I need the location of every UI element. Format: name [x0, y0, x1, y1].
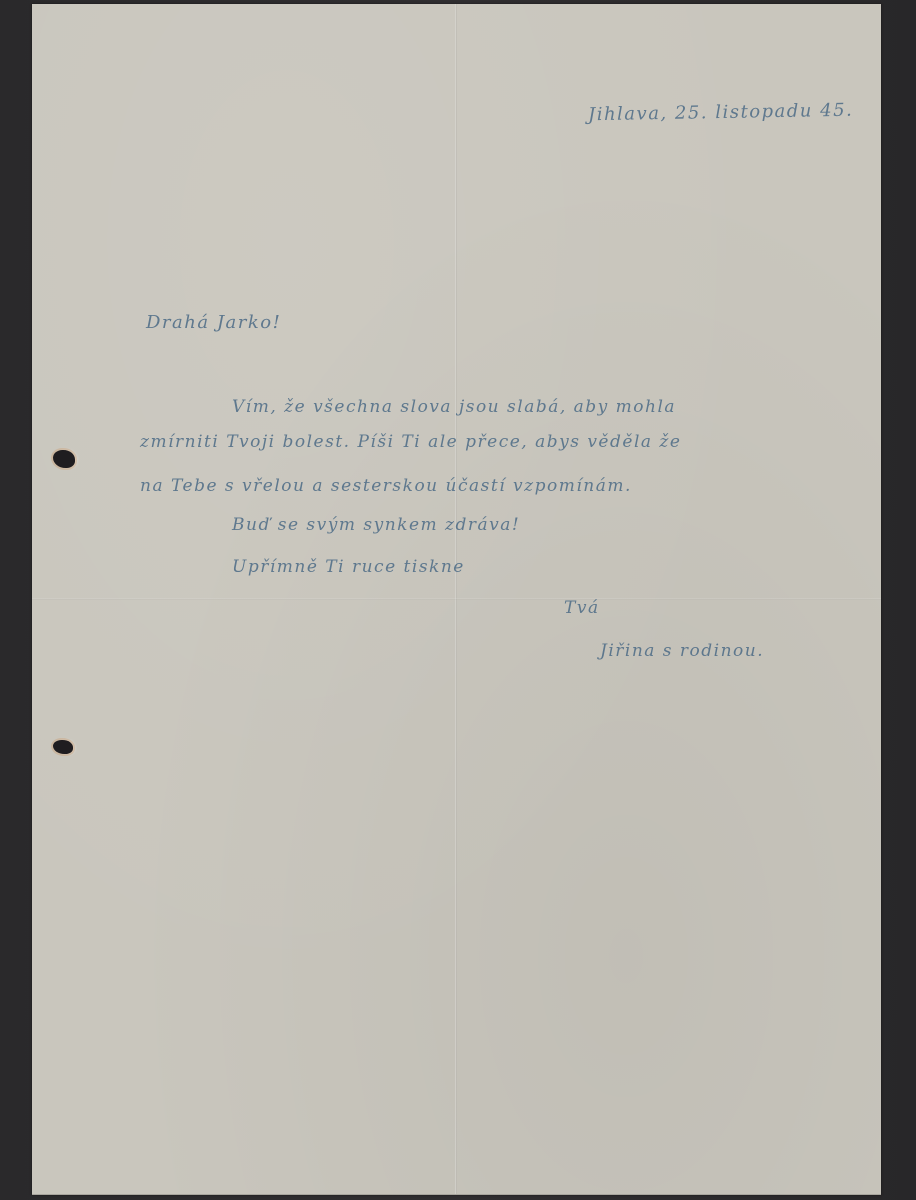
punch-hole-top [53, 450, 75, 468]
horizontal-fold-line [32, 598, 881, 600]
signature: Jiřina s rodinou. [600, 641, 764, 661]
body-line-5: Upřímně Ti ruce tiskne [232, 557, 465, 577]
body-line-4: Buď se svým synkem zdráva! [232, 515, 520, 535]
date-line: Jihlava, 25. listopadu 45. [588, 100, 854, 126]
body-line-1: Vím, že všechna slova jsou slabá, aby mo… [232, 397, 676, 417]
punch-hole-bottom [53, 740, 73, 754]
letter-page: Jihlava, 25. listopadu 45. Drahá Jarko! … [32, 4, 881, 1195]
body-line-3: na Tebe s vřelou a sesterskou účastí vzp… [140, 476, 632, 496]
salutation: Drahá Jarko! [146, 312, 281, 333]
body-line-2: zmírniti Tvoji bolest. Píši Ti ale přece… [140, 432, 681, 452]
closing: Tvá [564, 598, 600, 618]
